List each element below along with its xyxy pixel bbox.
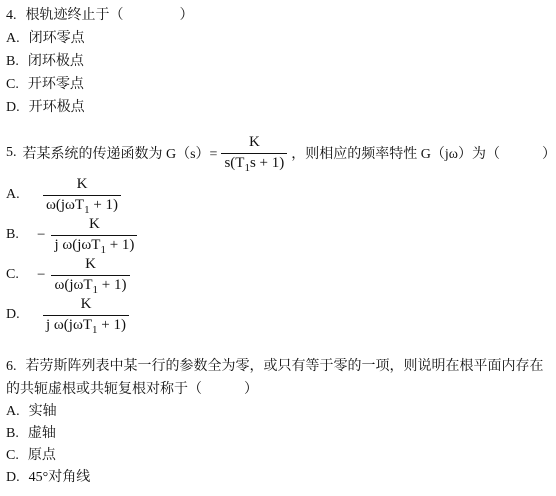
option-fraction: K ω(jωT1 + 1) [43, 176, 121, 214]
option-label: B. [6, 227, 24, 243]
question-4-stem-text: 根轨迹终止于（ ） [26, 8, 194, 23]
option-label: C. [6, 73, 19, 96]
question-6-option-c: C. 原点 [6, 445, 552, 467]
question-5: 5. 若某系统的传递函数为 G（s）= K s(T1s + 1) ，则相应的频率… [6, 131, 552, 335]
question-4-option-d: D. 开环极点 [6, 96, 552, 119]
option-label: A. [6, 401, 20, 423]
option-text: 闭环零点 [29, 27, 85, 50]
fraction-numerator: K [79, 296, 94, 314]
question-5-stem: 5. 若某系统的传递函数为 G（s）= K s(T1s + 1) ，则相应的频率… [6, 131, 552, 175]
question-6-option-b: B. 虚轴 [6, 423, 552, 445]
question-6-stem-text: 若劳斯阵列表中某一行的参数全为零，或只有等于零的一项，则说明在根平面内存在的共轭… [6, 359, 544, 397]
fraction-denominator: ω(jωT1 + 1) [43, 195, 121, 214]
minus-sign: − [37, 267, 45, 284]
option-text: 实轴 [29, 401, 57, 423]
fraction-denominator: j ω(jωT1 + 1) [51, 235, 137, 254]
fraction-denominator: j ω(jωT1 + 1) [43, 315, 129, 334]
question-5-number: 5. [6, 145, 17, 161]
question-6-number: 6. [6, 359, 17, 374]
question-5-option-c: C. − K ω(jωT1 + 1) [6, 255, 552, 295]
option-fraction: K j ω(jωT1 + 1) [51, 216, 137, 254]
question-6-stem: 6.若劳斯阵列表中某一行的参数全为零，或只有等于零的一项，则说明在根平面内存在的… [6, 355, 552, 401]
question-5-option-d: D. K j ω(jωT1 + 1) [6, 295, 552, 335]
question-4-option-a: A. 闭环零点 [6, 27, 552, 50]
question-5-stem-prefix: 若某系统的传递函数为 G（s）= [23, 143, 218, 163]
option-text: 闭环极点 [28, 50, 84, 73]
option-text: 45°对角线 [29, 467, 91, 489]
fraction-numerator: K [83, 256, 98, 274]
question-6-option-a: A. 实轴 [6, 401, 552, 423]
question-6-option-d: D. 45°对角线 [6, 467, 552, 489]
option-fraction: K ω(jωT1 + 1) [51, 256, 129, 294]
option-label: B. [6, 423, 19, 445]
option-label: A. [6, 27, 20, 50]
question-5-stem-suffix: ，则相应的频率特性 G（jω）为（ ） [291, 143, 556, 163]
option-label: D. [6, 307, 24, 323]
fraction-numerator: K [87, 216, 102, 234]
fraction-denominator: ω(jωT1 + 1) [51, 275, 129, 294]
option-fraction: K j ω(jωT1 + 1) [43, 296, 129, 334]
option-label: C. [6, 267, 24, 283]
question-4: 4.根轨迹终止于（ ） A. 闭环零点 B. 闭环极点 C. 开环零点 D. 开… [6, 5, 552, 119]
question-5-option-a: A. K ω(jωT1 + 1) [6, 175, 552, 215]
option-text: 虚轴 [28, 423, 56, 445]
option-label: A. [6, 187, 24, 203]
question-5-option-b: B. − K j ω(jωT1 + 1) [6, 215, 552, 255]
question-4-option-b: B. 闭环极点 [6, 50, 552, 73]
option-label: D. [6, 96, 20, 119]
question-6: 6.若劳斯阵列表中某一行的参数全为零，或只有等于零的一项，则说明在根平面内存在的… [6, 355, 552, 489]
exam-page: 4.根轨迹终止于（ ） A. 闭环零点 B. 闭环极点 C. 开环零点 D. 开… [0, 0, 556, 496]
question-4-stem: 4.根轨迹终止于（ ） [6, 5, 552, 27]
option-text: 开环零点 [28, 73, 84, 96]
option-label: D. [6, 467, 20, 489]
option-label: B. [6, 50, 19, 73]
fraction-denominator: s(T1s + 1) [221, 153, 287, 172]
question-4-number: 4. [6, 8, 17, 23]
question-4-option-c: C. 开环零点 [6, 73, 552, 96]
option-text: 开环极点 [29, 96, 85, 119]
fraction-numerator: K [247, 134, 262, 152]
option-text: 原点 [28, 445, 56, 467]
fraction-numerator: K [75, 176, 90, 194]
option-label: C. [6, 445, 19, 467]
minus-sign: − [37, 227, 45, 244]
transfer-function-fraction: K s(T1s + 1) [221, 134, 287, 172]
